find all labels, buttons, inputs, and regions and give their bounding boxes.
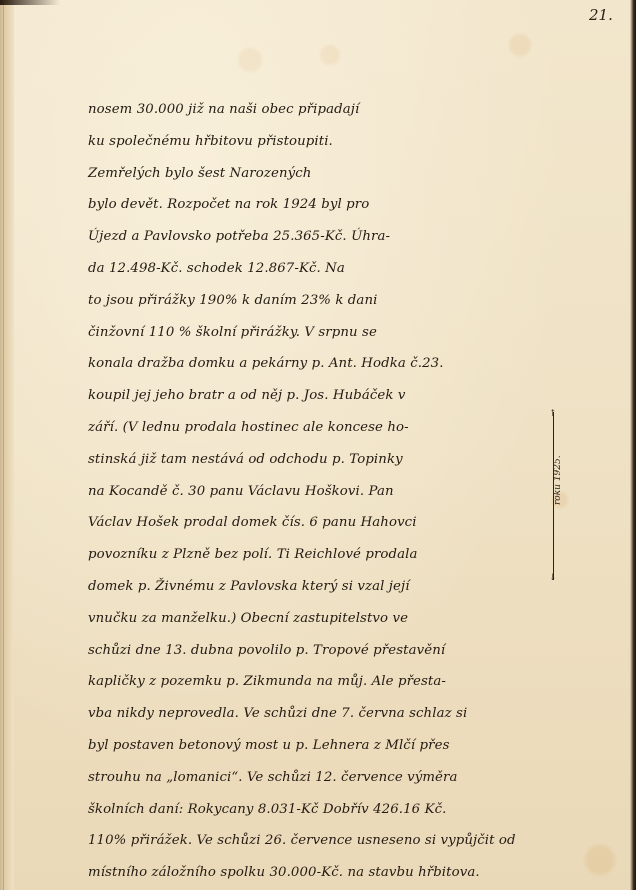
text-line: byl postaven betonový most u p. Lehnera … <box>88 730 558 762</box>
text-line: da 12.498-Kč. schodek 12.867-Kč. Na <box>88 253 558 285</box>
margin-note: roku 1925. <box>553 455 563 505</box>
text-line: konala dražba domku a pekárny p. Ant. Ho… <box>88 348 558 380</box>
text-line: vnučku za manželku.) Obecní zastupitelst… <box>88 603 558 635</box>
text-line: Újezd a Pavlovsko potřeba 25.365-Kč. Úhr… <box>88 221 558 253</box>
text-line: místního záložního spolku 30.000-Kč. na … <box>88 857 558 889</box>
text-line: Zemřelých bylo šest Narozených <box>88 158 558 190</box>
handwritten-text-block: nosem 30.000 již na naši obec připadají … <box>88 94 558 889</box>
text-line: nosem 30.000 již na naši obec připadají <box>88 94 558 126</box>
text-line: schůzi dne 13. dubna povolilo p. Tropové… <box>88 635 558 667</box>
page-right-edge <box>630 0 636 890</box>
text-line: to jsou přirážky 190% k daním 23% k dani <box>88 285 558 317</box>
text-line: ku společnému hřbitovu přistoupiti. <box>88 126 558 158</box>
text-line: vba nikdy neprovedla. Ve schůzi dne 7. č… <box>88 698 558 730</box>
text-line: na Kocandě č. 30 panu Václavu Hoškovi. P… <box>88 476 558 508</box>
arrow-up-icon: ↑ <box>549 410 557 419</box>
arrow-down-icon: ↓ <box>549 574 557 583</box>
text-line: domek p. Živnému z Pavlovska který si vz… <box>88 571 558 603</box>
text-line: kapličky z pozemku p. Zikmunda na můj. A… <box>88 666 558 698</box>
text-line: stinská již tam nestává od odchodu p. To… <box>88 444 558 476</box>
text-line: činžovní 110 % školní přirážky. V srpnu … <box>88 317 558 349</box>
page-top-shadow <box>0 0 60 5</box>
text-line: září. (V lednu prodala hostinec ale konc… <box>88 412 558 444</box>
text-line: školních daní: Rokycany 8.031-Kč Dobřív … <box>88 794 558 826</box>
text-line: bylo devět. Rozpočet na rok 1924 byl pro <box>88 189 558 221</box>
text-line: strouhu na „lomanici“. Ve schůzi 12. čer… <box>88 762 558 794</box>
text-line: 110% přirážek. Ve schůzi 26. července us… <box>88 825 558 857</box>
text-line: Václav Hošek prodal domek čís. 6 panu Ha… <box>88 507 558 539</box>
page-binding-edge <box>0 0 14 890</box>
text-line: koupil jej jeho bratr a od něj p. Jos. H… <box>88 380 558 412</box>
page-number: 21. <box>589 6 613 24</box>
text-line: povozníku z Plzně bez polí. Ti Reichlové… <box>88 539 558 571</box>
manuscript-page: 21. nosem 30.000 již na naši obec připad… <box>0 0 636 890</box>
